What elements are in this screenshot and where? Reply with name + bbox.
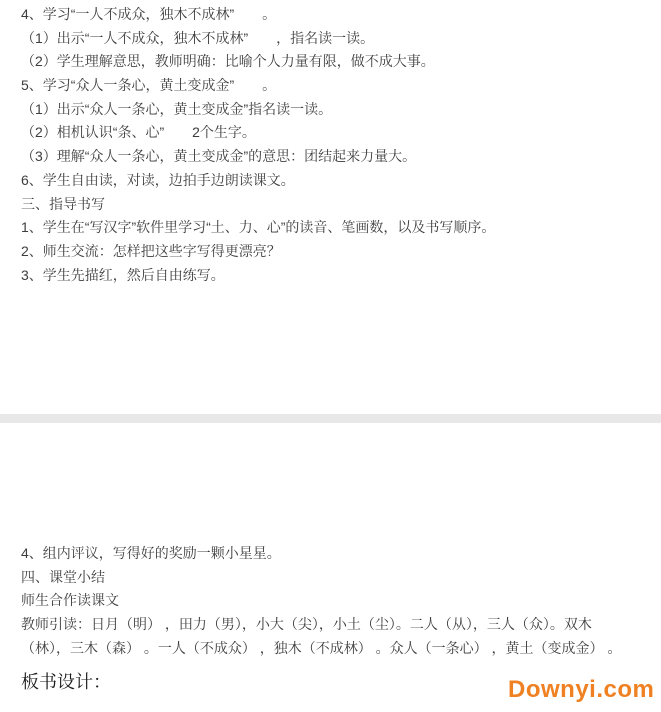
doc-line: 3、学生先描红，然后自由练写。 [21,264,661,288]
doc-line: 教师引读：日月（明） ，田力（男），小大（尖），小土（尘）。二人（从），三人（众… [21,613,661,637]
downyi-watermark: Downyi.com [508,676,654,704]
doc-line: （2）相机认识“条、心” 2个生字。 [21,121,661,145]
doc-line: 师生合作读课文 [21,589,661,613]
doc-line: （林），三木（森） 。一人（不成众） ，独木（不成林） 。众人（一条心） ，黄土… [21,637,661,661]
doc-line: （1）出示“一人不成众，独木不成林” ，指名读一读。 [21,27,661,51]
doc-line: （1）出示“众人一条心，黄土变成金”指名读一读。 [21,98,661,122]
page-2-content: 4、组内评议，写得好的奖励一颗小星星。 四、课堂小结 师生合作读课文 教师引读：… [21,542,661,693]
doc-line: 4、学习“一人不成众，独木不成林” 。 [21,3,661,27]
page-break-separator [0,414,661,423]
doc-line: （3）理解“众人一条心，黄土变成金”的意思：团结起来力量大。 [21,145,661,169]
doc-line: 1、学生在“写汉字”软件里学习“土、力、心”的读音、笔画数，以及书写顺序。 [21,216,661,240]
doc-line: 6、学生自由读，对读，边拍手边朗读课文。 [21,169,661,193]
page-1-content: 4、学习“一人不成众，独木不成林” 。 （1）出示“一人不成众，独木不成林” ，… [21,3,661,287]
doc-section-heading: 三、指导书写 [21,193,661,217]
document-preview: 4、学习“一人不成众，独木不成林” 。 （1）出示“一人不成众，独木不成林” ，… [0,0,661,712]
doc-line: 2、师生交流：怎样把这些字写得更漂亮？ [21,240,661,264]
doc-line: 4、组内评议，写得好的奖励一颗小星星。 [21,542,661,566]
doc-line: （2）学生理解意思，教师明确：比喻个人力量有限，做不成大事。 [21,50,661,74]
doc-section-heading: 四、课堂小结 [21,566,661,590]
doc-line: 5、学习“众人一条心，黄土变成金” 。 [21,74,661,98]
